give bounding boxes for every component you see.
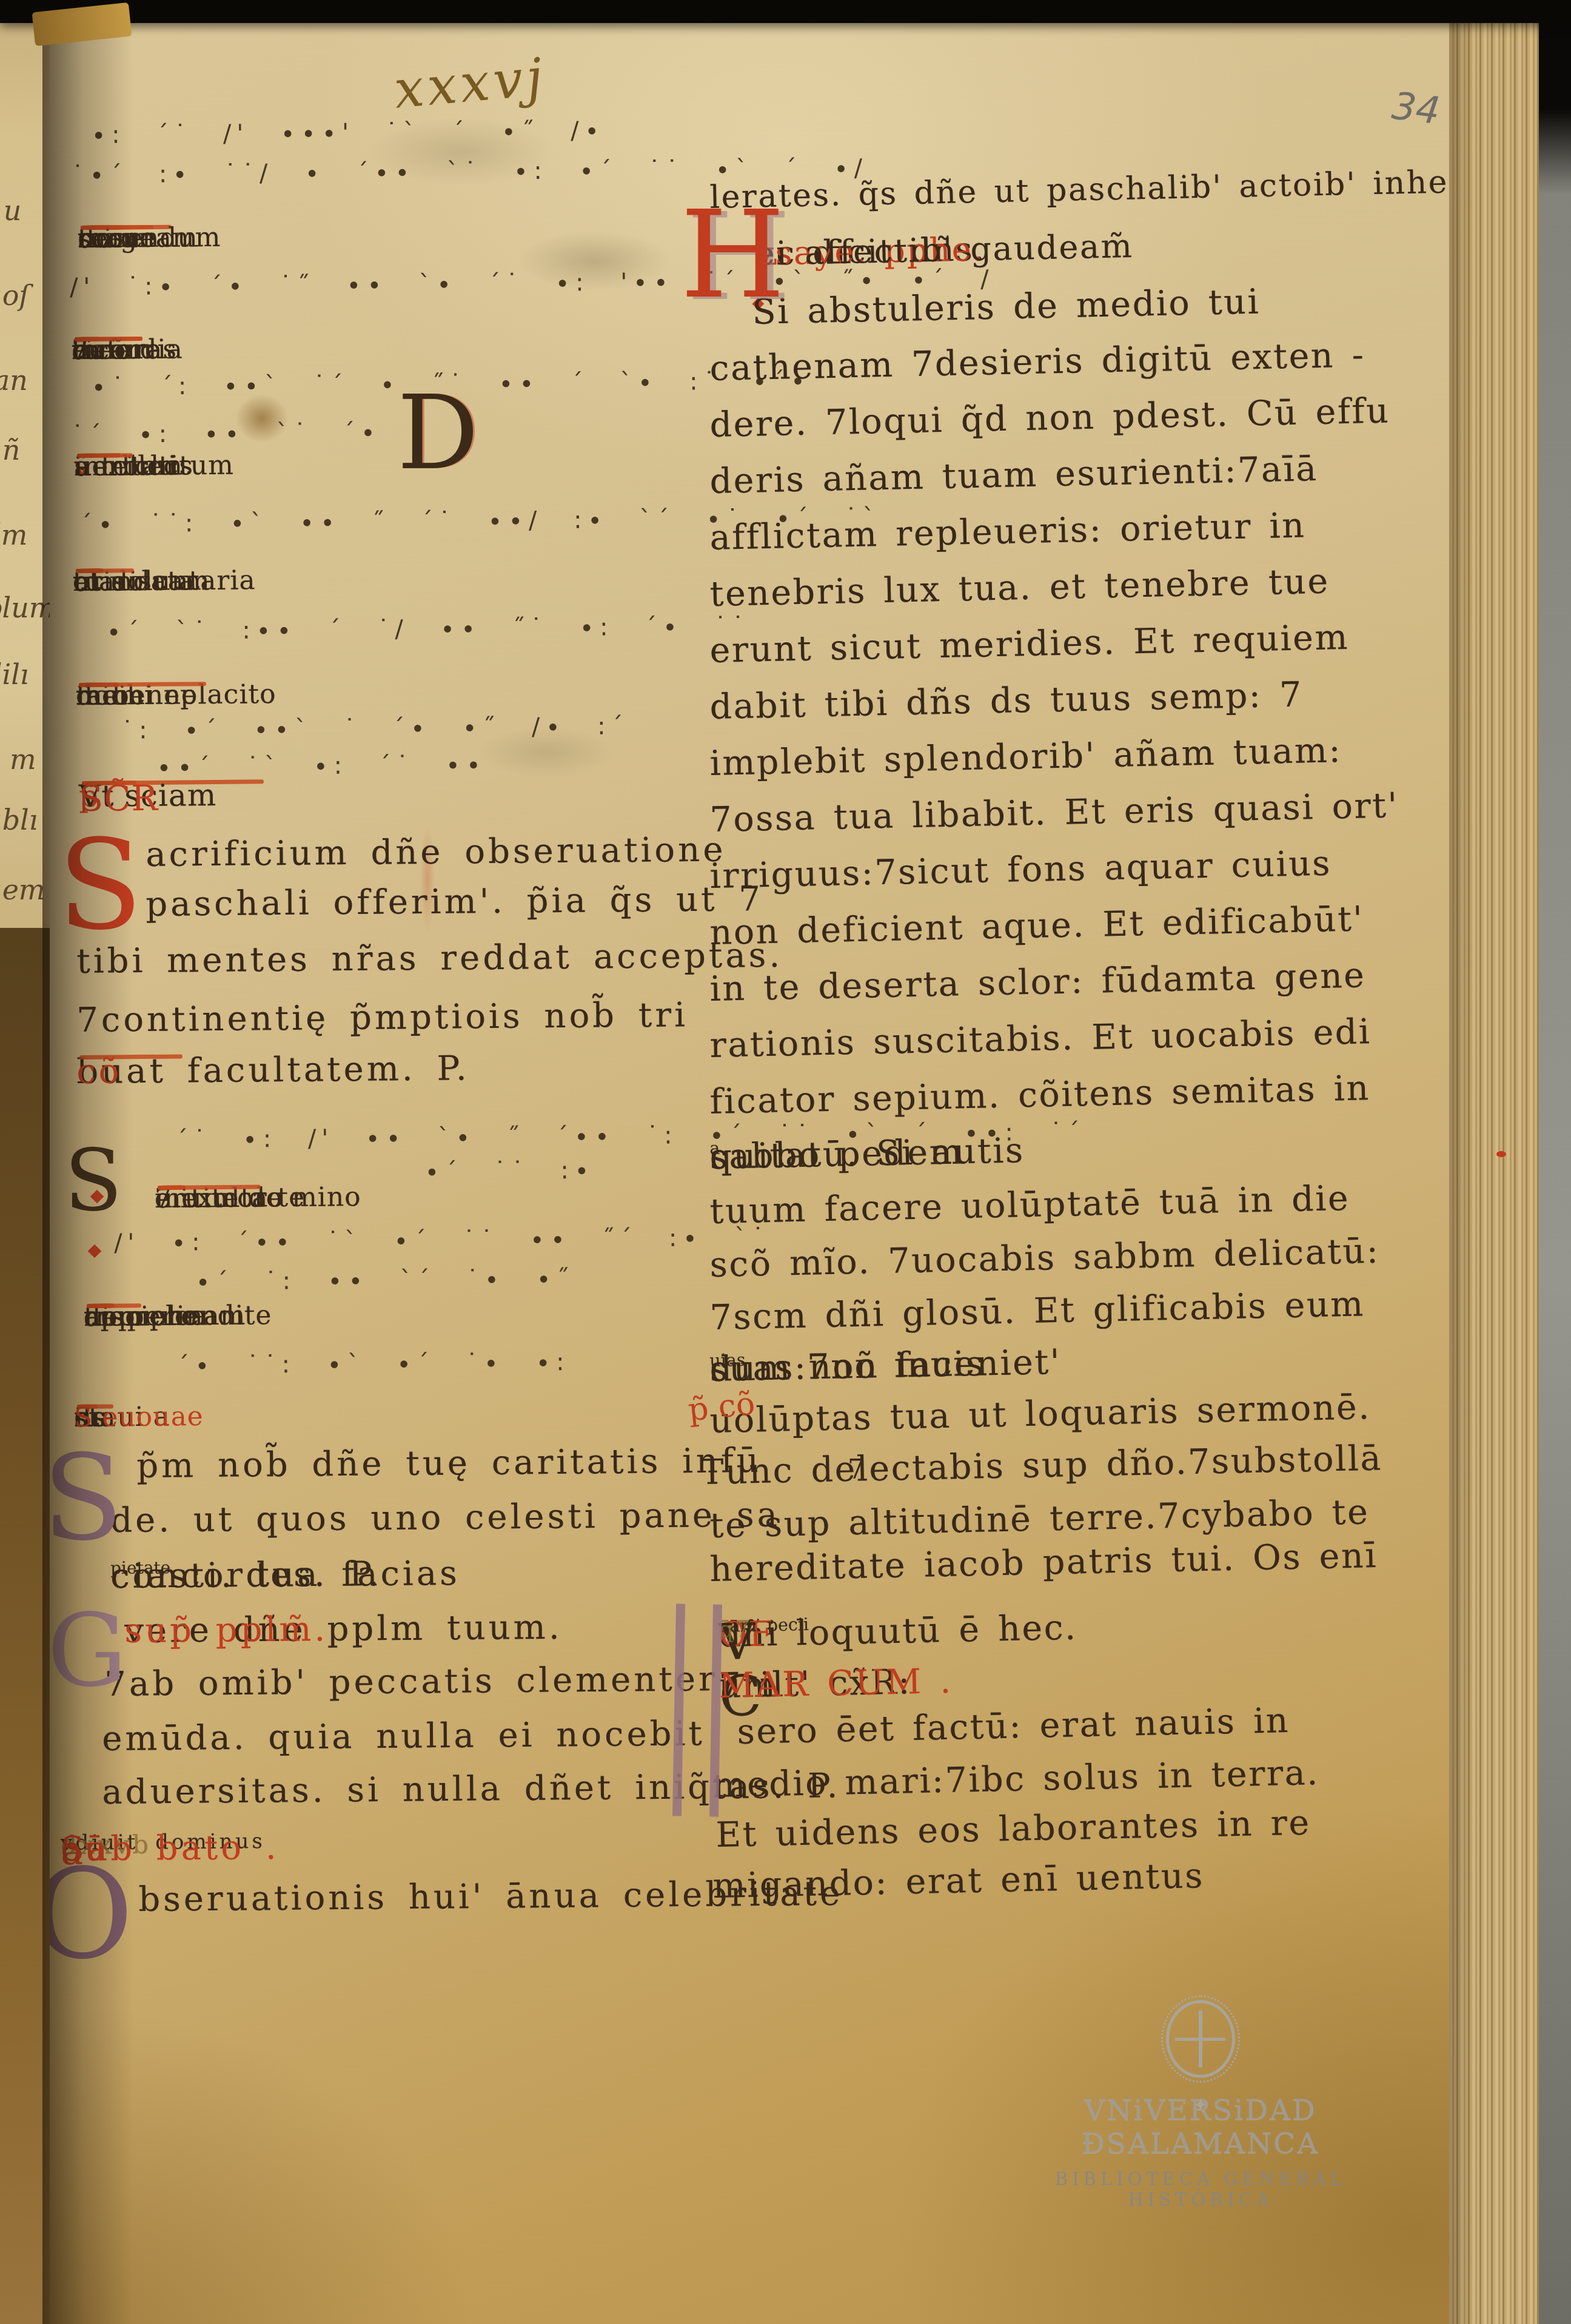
- neume-line-n7: ∙∙´ ˙` ∙: ´˙ ∙∙: [156, 751, 487, 782]
- initial-letter-d: D: [397, 382, 479, 484]
- prev-page-text-fragment: dilı: [0, 658, 29, 691]
- neume-line-n12: ´∙ ˙˙: ∙` ∙´ ˙∙ ∙:: [177, 1348, 570, 1380]
- text-segment: deris añam tuam esurienti:7aīā: [709, 452, 1318, 499]
- text-segment: S euouae: [74, 1403, 204, 1431]
- text-segment: scõ mĩo. 7uocabis sabbm delicatū:: [709, 1234, 1380, 1283]
- manuscript-photo: xxxvj 34 D S S S G O H p̃ cõ 7 ✦ VNiVERS…: [0, 0, 1571, 2324]
- text-segment: rationis suscitabis. Et uocabis edi: [709, 1015, 1372, 1063]
- initial-letter-s-dark: S: [64, 1139, 122, 1224]
- neume-line-n5: ∙´ `˙ :∙∙ ´ ˙/ ∙∙ ˝˙ ∙: ´∙ ˙˙: [106, 612, 750, 645]
- text-segment: [76, 568, 134, 573]
- prev-page-text-fragment: uoſ: [0, 279, 29, 312]
- text-segment: sero ēet factū: erat nauis in: [737, 1704, 1290, 1750]
- text-segment: 7scm dñi glosū. Et glificabis eum: [709, 1287, 1365, 1335]
- prev-page-text-fragment: uñ: [0, 434, 20, 466]
- neume-line-n0a: ∙: ´˙ /' ∙∙∙' ˙` ´ ∙˝ /∙: [91, 116, 605, 149]
- text-segment: q̄7: [719, 1617, 751, 1641]
- prev-page-text-fragment: ſ u: [0, 194, 21, 227]
- text-segment: in te deserta sclor: fūdamta gene: [709, 958, 1366, 1007]
- initial-letter-s-purple: S: [42, 1439, 124, 1557]
- text-segment: [82, 781, 136, 785]
- neume-line-n6: ˙: ∙´ ∙∙` ˙ ´∙ ∙˝ /∙ :´: [121, 712, 629, 744]
- text-segment: ei affectib' gaudeam̃: [755, 230, 1134, 270]
- text-segment: 7continentię p̃mptiois nob̃ tri: [76, 998, 688, 1038]
- text-segment: emūda. quia nulla ei nocebit: [102, 1717, 705, 1756]
- text-segment: concordes. P.: [110, 1557, 382, 1594]
- pencil-page-number: 34: [1390, 83, 1442, 133]
- text-segment: hereditate iacob patris tui. Os enī: [709, 1539, 1378, 1587]
- neume-line-n9: ∙´ ˙˙ :∙: [424, 1157, 595, 1186]
- text-segment: dere. 7loqui q̃d non pdest. Cū effu: [709, 394, 1390, 443]
- neume-line-n3: ˙´ ∙: ∙∙ `˙ ´∙: [72, 418, 381, 449]
- neume-line-n11: ∙´ ˙: ∙∙ `´ ˙∙ ∙˝: [195, 1264, 575, 1295]
- text-segment: [75, 337, 142, 341]
- prev-page-text-fragment: ublı: [0, 804, 38, 836]
- text-segment: Et uidens eos laborantes in re: [715, 1805, 1311, 1853]
- red-speck: [1496, 1151, 1506, 1157]
- text-segment: medio mari:7ibc solus in terra.: [712, 1756, 1319, 1803]
- initial-letter-h: H: [680, 195, 785, 315]
- prev-page-text-fragment: plum: [0, 591, 50, 624]
- text-segment: p̃m nob̃ dñe tuę caritatis infū: [136, 1444, 762, 1483]
- prev-page-text-fragment: õm: [0, 519, 27, 551]
- initial-letter-i-bars: [672, 1604, 722, 1816]
- text-segment: erunt sicut meridies. Et requiem: [709, 620, 1350, 668]
- text-segment: migando: erat enī uentus: [712, 1859, 1204, 1904]
- text-segment: suas:7nõ inueniet': [709, 1345, 1062, 1387]
- previous-page-strip: ſ uuoſianuñõmplumdilıă mublıuem: [0, 23, 50, 951]
- text-segment: cõ: [76, 1055, 122, 1089]
- prev-page-text-fragment: ă m: [0, 743, 36, 776]
- text-segment: tuum facere uolūptatē tuā in die: [709, 1181, 1350, 1229]
- prev-page-text-fragment: uem: [0, 873, 45, 906]
- text-segment: acrificium dñe obseruatione: [146, 833, 726, 872]
- text-segment: irriguus:7sicut fons aquar cuius: [709, 847, 1332, 894]
- text-segment: tibi mentes nr̃as reddat acceptas.: [76, 939, 783, 979]
- initial-letter-s-red: S: [58, 824, 142, 948]
- prev-page-text-fragment: ian: [0, 364, 28, 397]
- text-segment: de. ut quos uno celesti pane sa: [110, 1498, 780, 1538]
- text-segment: tenebris lux tua. et tenebre tue: [709, 565, 1330, 612]
- text-segment: 7ab omib' peccatis clementer: [104, 1662, 718, 1702]
- line-end-tironian-et: 7: [848, 1454, 865, 1485]
- manuscript-page: xxxvj 34 D S S S G O H p̃ cõ 7 ✦ VNiVERS…: [0, 0, 1571, 2324]
- text-segment: [158, 1184, 261, 1189]
- text-segment: dabit tibi dñs ds tuus semp: 7: [709, 678, 1303, 725]
- text-segment: SC̃R: [79, 781, 158, 816]
- library-watermark: ✦ VNiVERSiDAD ÐSALAMANCA BIBLIOTECA GENE…: [1013, 2000, 1388, 2210]
- text-segment: Tunc delectabis sup dño.7substollā: [700, 1441, 1382, 1490]
- book-block-edge: [1539, 0, 1571, 2324]
- text-segment: sup̃ pplm̃.: [124, 1613, 328, 1648]
- folio-number: xxxvj: [392, 47, 549, 120]
- text-segment: 7ossa tua libabit. Et eris quasi ort': [709, 788, 1399, 838]
- rubric-ps-con: p̃ cõ: [686, 1385, 757, 1428]
- text-segment: non deficient aque. Et edificabūt': [709, 902, 1364, 950]
- photo-background-top: [0, 0, 1571, 23]
- text-segment: uolūptas tua ut loquaris sermonē.: [709, 1390, 1371, 1439]
- text-segment: [87, 1303, 141, 1308]
- text-segment: ficator sepium. cõitens semitas in: [709, 1071, 1370, 1120]
- text-segment: [77, 453, 133, 458]
- neume-line-n10: /' ∙: ´∙∙ ˙` ∙´ ˙˙ ∙∙ ˝´ :∙ `˙: [114, 1223, 770, 1257]
- text-segment: paschali offerim'. p̃ia q̃s ut 7: [146, 882, 763, 922]
- text-segment: [79, 1054, 183, 1059]
- initial-letter-g: G: [47, 1601, 127, 1701]
- red-dot-ornament: [88, 1244, 102, 1258]
- text-segment: implebit splendorib' añam tuam:: [709, 733, 1342, 781]
- gutter-lower-shadow: [0, 928, 50, 2324]
- text-segment: [81, 225, 153, 230]
- text-segment: te sup altitudinē terre.7cybabo te: [709, 1495, 1370, 1543]
- university-seal-icon: ✦: [1166, 2000, 1235, 2078]
- text-segment: MAR CUM .: [719, 1664, 953, 1704]
